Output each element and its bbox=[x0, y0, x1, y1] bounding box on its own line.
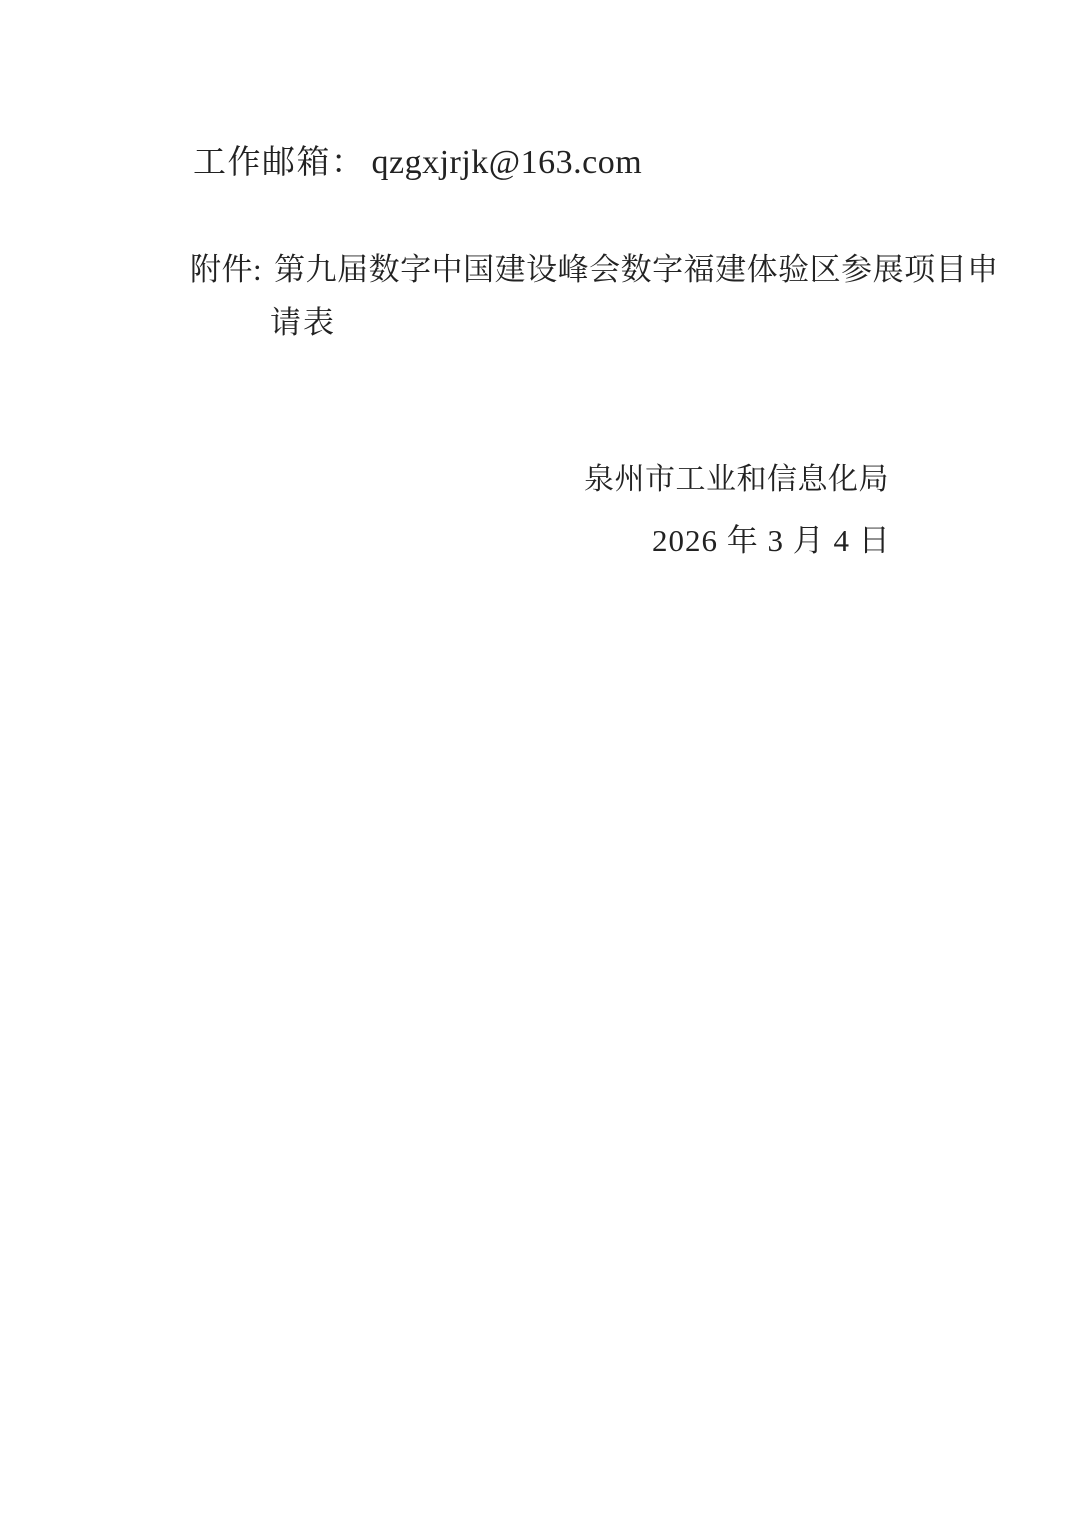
email-address: qzgxjrjk@163.com bbox=[372, 144, 643, 181]
signature-date: 2026 年 3 月 4 日 bbox=[652, 523, 891, 559]
attachment-title-part-2: 请表 bbox=[270, 305, 336, 341]
document-page: 工作邮箱：qzgxjrjk@163.com 附件:第九届数字中国建设峰会数字福建… bbox=[0, 0, 1080, 1527]
signature-organization: 泉州市工业和信息化局 bbox=[584, 463, 889, 498]
attachment-label: 附件: bbox=[190, 252, 262, 287]
email-line: 工作邮箱：qzgxjrjk@163.com bbox=[193, 143, 642, 183]
attachment-line: 附件:第九届数字中国建设峰会数字福建体验区参展项目申 bbox=[190, 252, 999, 288]
attachment-title-part-1: 第九届数字中国建设峰会数字福建体验区参展项目申 bbox=[274, 252, 999, 287]
email-label: 工作邮箱： bbox=[193, 145, 366, 181]
